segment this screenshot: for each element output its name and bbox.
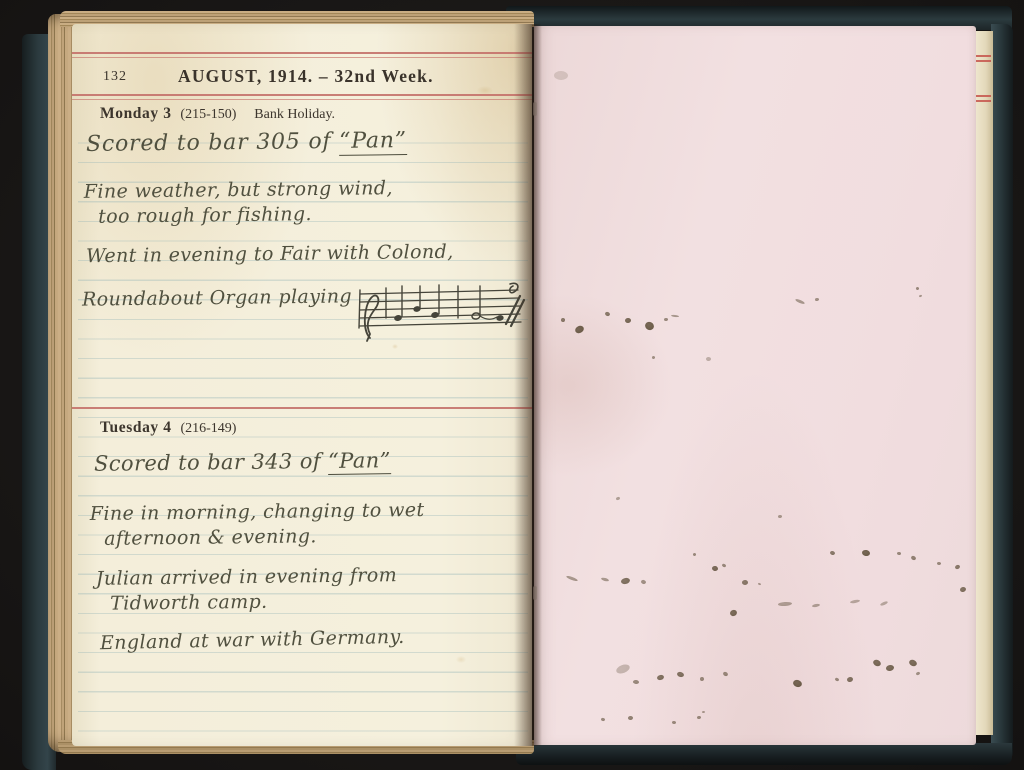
- foxing-stain: [456, 656, 466, 663]
- ink-spot: [742, 580, 748, 585]
- ink-spot: [955, 564, 961, 570]
- ink-spot: [652, 356, 656, 360]
- ink-spot: [625, 318, 631, 324]
- work-title: “Pan”: [339, 128, 407, 156]
- ink-spot: [911, 555, 917, 561]
- ink-spot: [723, 671, 729, 677]
- handwritten-line-organ: Roundabout Organ playing: [82, 284, 352, 312]
- ink-spot: [792, 679, 803, 689]
- entry-heading-monday: Monday 3 (215-150) Bank Holiday.: [100, 105, 335, 123]
- music-sketch-icon: [340, 278, 528, 344]
- diary-photograph: { "left_page": { "page_number": "132", "…: [0, 0, 1024, 770]
- page-title: AUGUST, 1914. – 32nd Week.: [178, 66, 434, 87]
- work-title: “Pan”: [328, 448, 391, 475]
- ink-spot: [574, 324, 585, 334]
- foxing-stain: [392, 344, 398, 349]
- underlying-page-edge: [975, 31, 993, 735]
- organ-text: Roundabout Organ playing: [82, 285, 352, 310]
- ink-spot: [712, 565, 719, 571]
- ink-spot: [644, 321, 656, 332]
- ink-spot: [778, 601, 792, 606]
- ink-spot: [604, 311, 610, 317]
- ink-spot: [849, 599, 859, 604]
- weather-text: Fine weather, but strong wind,: [84, 177, 393, 203]
- ink-spot: [872, 659, 882, 668]
- red-ruled-line: [976, 60, 991, 62]
- ink-spot: [908, 659, 918, 668]
- ink-spot: [561, 318, 566, 323]
- day-label: Tuesday 4: [100, 419, 172, 436]
- ink-spot: [834, 677, 839, 681]
- ink-spot: [628, 716, 633, 720]
- ink-spot: [879, 600, 888, 606]
- day-of-year-numbers: (215-150): [180, 107, 236, 122]
- book-cover-right-edge: [991, 24, 1013, 762]
- red-ruled-line: [976, 95, 991, 97]
- ink-spot: [815, 298, 819, 301]
- red-ruled-line: [72, 99, 532, 101]
- page-number: 132: [103, 69, 127, 85]
- red-ruled-line: [976, 100, 991, 102]
- diary-left-page: 132 AUGUST, 1914. – 32nd Week. Monday 3 …: [72, 24, 532, 746]
- handwritten-line-weather-tuesday: Fine in morning, changing to wet afterno…: [90, 498, 425, 552]
- weather-text: Fine in morning, changing to wet: [90, 499, 425, 525]
- ink-spot: [615, 496, 620, 500]
- ink-spot: [600, 577, 609, 582]
- handwritten-line-score-tuesday: Scored to bar 343 of “Pan”: [94, 448, 391, 477]
- ink-spot: [829, 550, 835, 555]
- ink-spot: [615, 663, 631, 675]
- blotting-pink-page: [534, 26, 976, 745]
- ink-spot: [640, 580, 646, 585]
- arrival-text: Julian arrived in evening from: [96, 564, 398, 590]
- ink-spot: [729, 609, 738, 617]
- ink-spot: [886, 664, 895, 672]
- ink-spot: [811, 603, 819, 607]
- ink-spot: [566, 575, 578, 582]
- ink-spot: [697, 715, 702, 719]
- ink-spot: [620, 577, 630, 585]
- ink-spot: [916, 671, 921, 675]
- ink-spot: [778, 515, 782, 518]
- score-text: Scored to bar 343 of: [94, 449, 321, 476]
- handwritten-line-arrival: Julian arrived in evening from Tidworth …: [96, 563, 398, 617]
- ink-spot: [937, 562, 941, 566]
- handwritten-line-evening-monday: Went in evening to Fair with Colond,: [86, 240, 454, 269]
- ink-spot: [916, 286, 920, 290]
- handwritten-line-war-declaration: England at war with Germany.: [100, 625, 405, 656]
- ink-spot: [657, 674, 665, 681]
- weather-text: too rough for fishing.: [84, 201, 393, 230]
- ink-spot: [722, 563, 727, 568]
- ink-spot: [897, 552, 901, 555]
- entry-heading-tuesday: Tuesday 4 (216-149): [100, 419, 236, 437]
- arrival-text: Tidworth camp.: [96, 588, 398, 617]
- ink-spot: [959, 586, 966, 592]
- ink-spot: [663, 318, 667, 321]
- ink-spot: [677, 671, 685, 678]
- day-of-year-numbers: (216-149): [180, 421, 236, 436]
- war-text: England at war with Germany.: [100, 626, 405, 654]
- weather-text: afternoon & evening.: [90, 523, 425, 552]
- day-label: Monday 3: [100, 105, 172, 122]
- score-text: Scored to bar 305 of: [86, 129, 332, 157]
- ink-spot: [847, 676, 854, 682]
- red-ruled-line: [72, 94, 532, 96]
- ink-spot: [919, 294, 922, 297]
- holiday-note: Bank Holiday.: [254, 107, 335, 122]
- red-ruled-line: [72, 57, 532, 59]
- ink-spot: [670, 315, 678, 318]
- ink-spot: [758, 583, 762, 586]
- ink-spot: [600, 718, 605, 722]
- ink-spot: [554, 70, 568, 79]
- ink-spot: [672, 720, 676, 724]
- ink-spot: [693, 553, 697, 557]
- foxing-stain: [477, 86, 493, 95]
- red-ruled-line: [976, 55, 991, 57]
- evening-text: Went in evening to Fair with Colond,: [86, 241, 454, 267]
- book-cover-bottom-edge: [516, 743, 1012, 765]
- binding-stitch: [533, 102, 537, 116]
- handwritten-line-weather-monday: Fine weather, but strong wind, too rough…: [84, 176, 394, 230]
- binding-stitch: [533, 586, 537, 600]
- ink-spot: [862, 549, 871, 556]
- red-ruled-line-divider: [72, 407, 532, 409]
- ink-spot: [632, 680, 638, 685]
- ink-spot: [795, 298, 805, 305]
- handwritten-line-score-monday: Scored to bar 305 of “Pan”: [86, 128, 407, 157]
- ink-spot: [706, 357, 711, 361]
- red-ruled-line: [72, 52, 532, 54]
- ink-spot: [700, 676, 704, 680]
- ink-spot: [702, 711, 705, 713]
